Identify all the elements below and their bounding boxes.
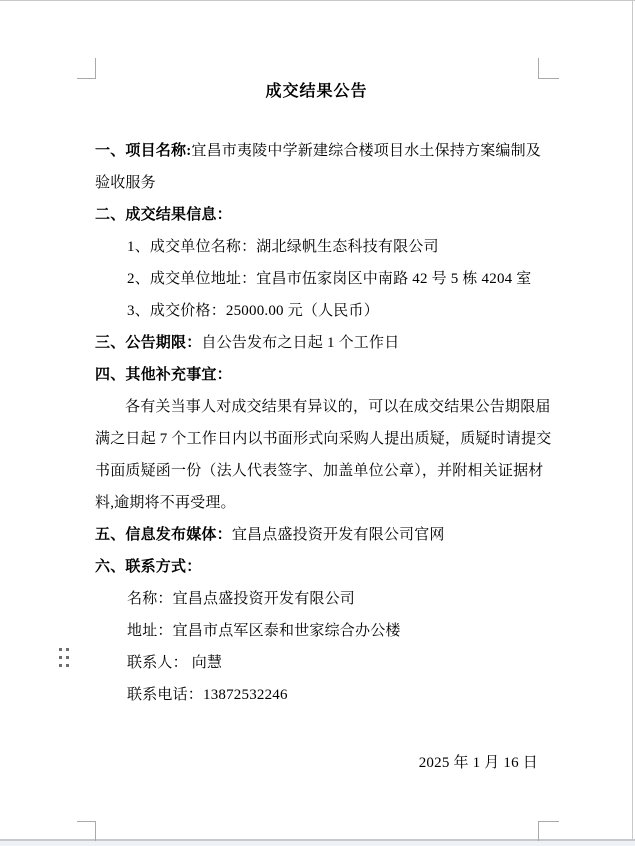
editor-canvas-background [0,841,635,846]
drag-handle-dot [66,656,69,659]
page-right-edge [632,0,633,840]
section-4-line-4: 料,逾期将不再受理。 [95,487,538,519]
section-5-line: 五、信息发布媒体：宜昌点盛投资开发有限公司官网 [95,519,538,551]
document-page: 成交结果公告 一、项目名称:宜昌市夷陵中学新建综合楼项目水土保持方案编制及 验收… [0,0,635,846]
contact-address-line: 地址：宜昌市点军区泰和世家综合办公楼 [95,615,538,647]
section-5-label: 五、信息发布媒体： [95,527,232,543]
section-4-heading: 四、其他补充事宜： [95,359,538,391]
drag-handle-dot [59,664,62,667]
section-3-text: 自公告发布之日起 1 个工作日 [201,335,399,351]
contact-person-line: 联系人： 向慧 [95,647,538,679]
document-body: 成交结果公告 一、项目名称:宜昌市夷陵中学新建综合楼项目水土保持方案编制及 验收… [95,83,538,779]
contact-name-line: 名称：宜昌点盛投资开发有限公司 [95,583,538,615]
section-5-text: 宜昌点盛投资开发有限公司官网 [232,527,445,543]
section-1-text: 宜昌市夷陵中学新建综合楼项目水土保持方案编制及 [191,143,541,159]
section-3-line: 三、公告期限：自公告发布之日起 1 个工作日 [95,327,538,359]
drag-handle-dot [59,648,62,651]
drag-handle-icon[interactable] [59,648,69,667]
section-3-label: 三、公告期限： [95,335,201,351]
margin-mark-top-right [538,58,559,79]
section-1-line-1: 一、项目名称:宜昌市夷陵中学新建综合楼项目水土保持方案编制及 [95,135,538,167]
contact-phone-line: 联系电话：13872532246 [95,679,538,711]
section-1-label: 一、项目名称: [95,143,191,159]
margin-mark-bottom-left [77,821,96,841]
section-2-item-3: 3、成交价格：25000.00 元（人民币） [95,295,538,327]
section-6-heading: 六、联系方式： [95,551,538,583]
section-4-line-2: 满之日起 7 个工作日内以书面形式向采购人提出质疑，质疑时请提交 [95,423,538,455]
document-date: 2025 年 1 月 16 日 [95,747,538,779]
section-2-item-2: 2、成交单位地址：宜昌市伍家岗区中南路 42 号 5 栋 4204 室 [95,263,538,295]
section-1-line-2: 验收服务 [95,167,538,199]
drag-handle-dot [59,656,62,659]
section-4-line-1: 各有关当事人对成交结果有异议的，可以在成交结果公告期限届 [95,391,538,423]
page-top-edge [0,0,635,1]
margin-mark-top-left [77,58,96,79]
margin-mark-bottom-right [538,821,559,841]
drag-handle-dot [66,664,69,667]
section-2-item-1: 1、成交单位名称：湖北绿帆生态科技有限公司 [95,231,538,263]
section-2-heading: 二、成交结果信息： [95,199,538,231]
document-title: 成交结果公告 [95,83,538,101]
section-4-line-3: 书面质疑函一份（法人代表签字、加盖单位公章），并附相关证据材 [95,455,538,487]
drag-handle-dot [66,648,69,651]
